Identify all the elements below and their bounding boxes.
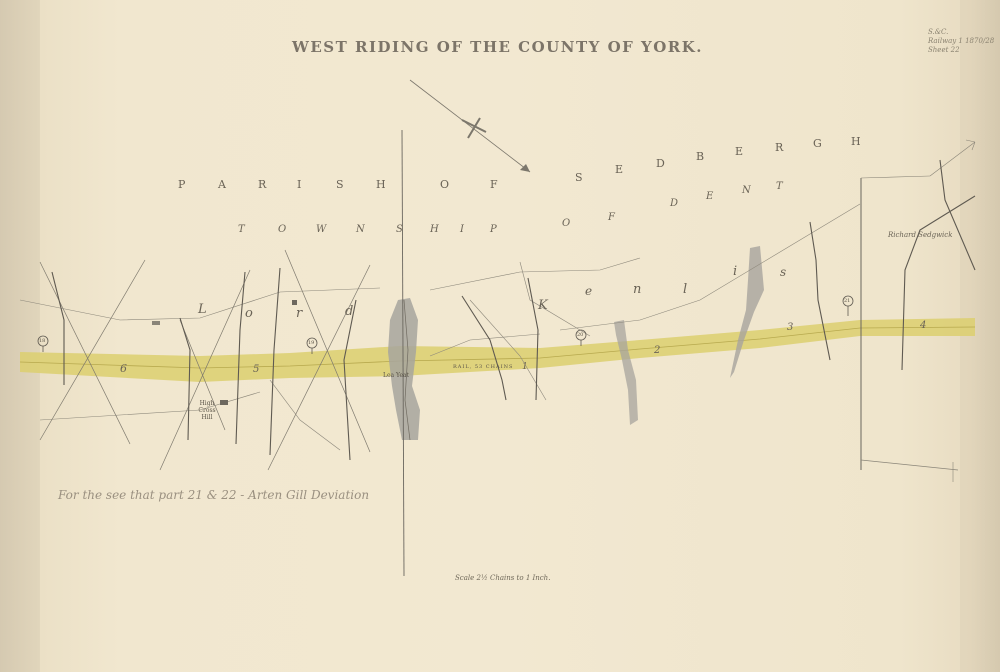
north-arrow-icon [410, 80, 530, 172]
scale-text: Scale 2½ Chains to 1 Inch. [455, 574, 550, 582]
handwritten-note: For the see that part 21 & 22 - Arten Gi… [58, 488, 369, 502]
map-drawing [0, 0, 1000, 672]
building-icon [292, 300, 297, 305]
place-lea-yeat: Lea Yeat [383, 372, 409, 379]
railway-label: RAIL, 53 CHAINS [453, 364, 513, 370]
plot-marker-20: 20 [577, 332, 583, 338]
owner-label: Richard Sedgwick [888, 231, 952, 239]
plot-marker-18: 18 [39, 338, 45, 344]
building-icon [152, 321, 160, 325]
plot-marker-19: 19 [308, 340, 314, 346]
map-sheet: WEST RIDING OF THE COUNTY OF YORK. S.&C.… [0, 0, 1000, 672]
map-title: WEST RIDING OF THE COUNTY OF YORK. [292, 38, 703, 56]
plot-marker-21: 21 [844, 298, 850, 304]
reference-note: S.&C. Railway 1 1870/28 Sheet 22 [928, 28, 994, 55]
stream-1 [614, 320, 638, 425]
place-high-cross-hill: High Cross Hill [192, 400, 222, 421]
railway-band [20, 318, 975, 382]
